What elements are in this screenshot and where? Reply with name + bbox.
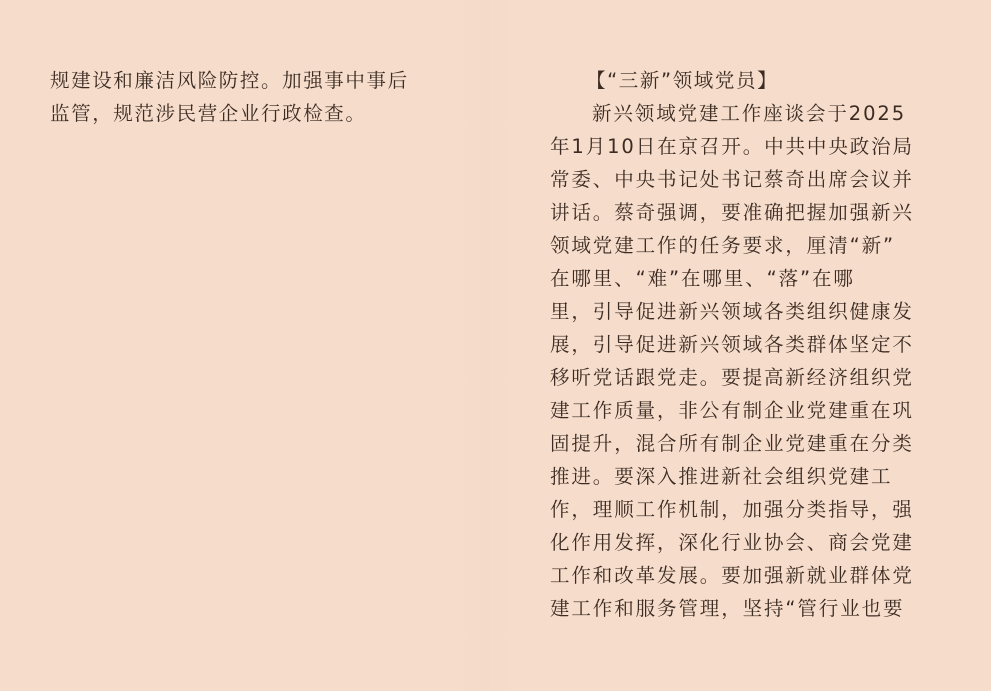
text-line: 监管，规范涉民营企业行政检查。 (50, 97, 445, 130)
text-line: 作，理顺工作机制，加强分类指导，强 (550, 493, 946, 526)
text-line: 固提升，混合所有制企业党建重在分类 (550, 427, 946, 460)
text-line: 里，引导促进新兴领域各类组织健康发 (550, 295, 946, 328)
left-page-text: 规建设和廉洁风险防控。加强事中事后 监管，规范涉民营企业行政检查。 (50, 64, 445, 130)
text-line: 移听党话跟党走。要提高新经济组织党 (550, 361, 946, 394)
section-heading: 【“三新”领域党员】 (550, 64, 946, 97)
text-line: 讲话。蔡奇强调，要准确把握加强新兴 (550, 196, 946, 229)
text-line: 年1月10日在京召开。中共中央政治局 (550, 130, 946, 163)
text-line: 展，引导促进新兴领域各类群体坚定不 (550, 328, 946, 361)
text-line: 常委、中央书记处书记蔡奇出席会议并 (550, 163, 946, 196)
text-line: 建工作和服务管理，坚持“管行业也要 (550, 592, 946, 625)
text-line: 推进。要深入推进新社会组织党建工 (550, 460, 946, 493)
text-line: 在哪里、“难”在哪里、“落”在哪 (550, 262, 946, 295)
text-line: 规建设和廉洁风险防控。加强事中事后 (50, 64, 445, 97)
text-line: 工作和改革发展。要加强新就业群体党 (550, 559, 946, 592)
text-line: 化作用发挥，深化行业协会、商会党建 (550, 526, 946, 559)
paragraph-first-line: 新兴领域党建工作座谈会于2025 (550, 97, 946, 130)
text-line: 领域党建工作的任务要求，厘清“新” (550, 229, 946, 262)
text-line: 建工作质量，非公有制企业党建重在巩 (550, 394, 946, 427)
right-page-text: 【“三新”领域党员】 新兴领域党建工作座谈会于2025 年1月10日在京召开。中… (550, 64, 946, 625)
left-page: 规建设和廉洁风险防控。加强事中事后 监管，规范涉民营企业行政检查。 (0, 0, 492, 691)
